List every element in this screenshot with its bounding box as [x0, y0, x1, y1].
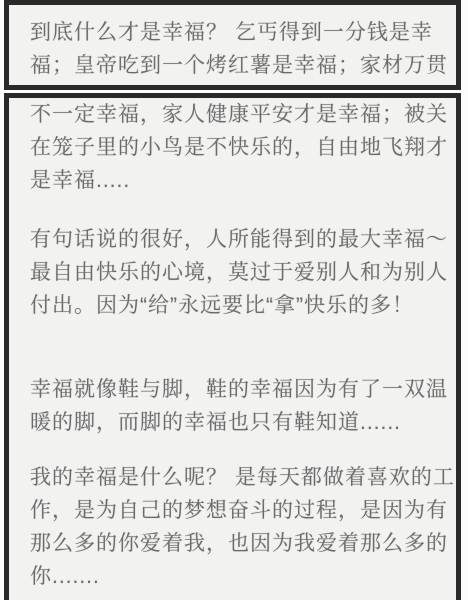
happiness-quotes-image: 到底什么才是幸福？ 乞丐得到一分钱是幸福；皇帝吃到一个烤红薯是幸福；家材万贯 不…: [4, 0, 461, 600]
bottom-panel-paragraphs: 不一定幸福，家人健康平安才是幸福；被关在笼子里的小鸟是不快乐的，自由地飞翔才是幸…: [30, 98, 448, 593]
paragraph: 幸福就像鞋与脚，鞋的幸福因为有了一双温暖的脚，而脚的幸福也只有鞋知道......: [30, 373, 448, 439]
text-line: 你.......: [30, 560, 448, 593]
text-line: 不一定幸福，家人健康平安才是幸福；被关: [30, 98, 448, 131]
text-line: 暖的脚，而脚的幸福也只有鞋知道......: [30, 406, 448, 439]
text-line: 那么多的你爱着我，也因为我爱着那么多的: [30, 527, 448, 560]
text-line: 幸福就像鞋与脚，鞋的幸福因为有了一双温: [30, 373, 448, 406]
text-line: 作，是为自己的梦想奋斗的过程，是因为有: [30, 494, 448, 527]
text-line: 在笼子里的小鸟是不快乐的，自由地飞翔才: [30, 131, 448, 164]
bottom-text-panel: 不一定幸福，家人健康平安才是幸福；被关在笼子里的小鸟是不快乐的，自由地飞翔才是幸…: [4, 93, 461, 600]
paragraph: 我的幸福是什么呢？ 是每天都做着喜欢的工作，是为自己的梦想奋斗的过程，是因为有那…: [30, 461, 448, 593]
text-line: 福；皇帝吃到一个烤红薯是幸福；家材万贯: [30, 49, 448, 82]
top-text-panel: 到底什么才是幸福？ 乞丐得到一分钱是幸福；皇帝吃到一个烤红薯是幸福；家材万贯: [4, 0, 461, 90]
text-line: 最自由快乐的心境，莫过于爱别人和为别人: [30, 256, 448, 289]
text-line: 付出。因为“给”永远要比“拿”快乐的多！: [30, 289, 448, 322]
paragraph: 有句话说的很好，人所能得到的最大幸福～最自由快乐的心境，莫过于爱别人和为别人付出…: [30, 223, 448, 322]
text-line: 到底什么才是幸福？ 乞丐得到一分钱是幸: [30, 16, 448, 49]
top-panel-text: 到底什么才是幸福？ 乞丐得到一分钱是幸福；皇帝吃到一个烤红薯是幸福；家材万贯: [30, 16, 448, 82]
text-line: 我的幸福是什么呢？ 是每天都做着喜欢的工: [30, 461, 448, 494]
paragraph: 不一定幸福，家人健康平安才是幸福；被关在笼子里的小鸟是不快乐的，自由地飞翔才是幸…: [30, 98, 448, 197]
text-line: 是幸福.....: [30, 164, 448, 197]
text-line: 有句话说的很好，人所能得到的最大幸福～: [30, 223, 448, 256]
